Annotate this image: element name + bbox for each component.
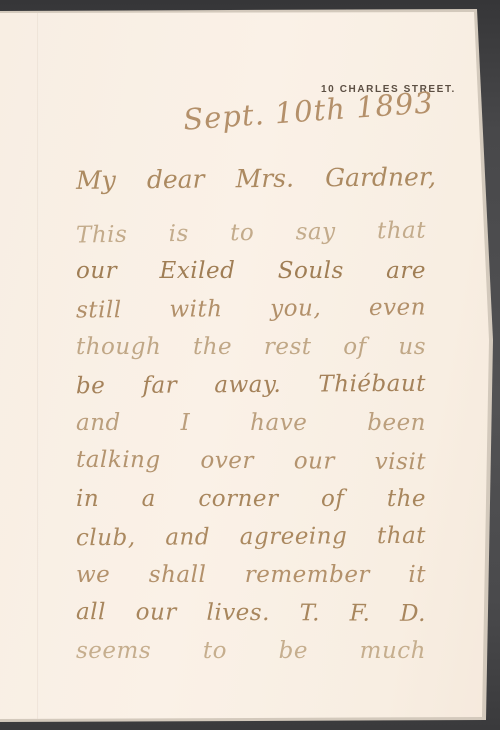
letter-body: This is to say that our Exiled Souls are… (76, 214, 426, 670)
fold-crease (37, 13, 39, 719)
handwritten-line: seems to be much (76, 632, 426, 670)
handwritten-line: in a corner of the (76, 480, 426, 518)
handwritten-line: talking over our visit (76, 441, 426, 481)
handwritten-line: and I have been (76, 404, 426, 442)
letter-date: Sept. 10th 1893 (182, 85, 435, 136)
photograph-background: 10 CHARLES STREET. Sept. 10th 1893 My de… (0, 0, 500, 730)
handwritten-line: all our lives. T. F. D. (76, 593, 426, 633)
handwritten-line: be far away. Thiébaut (76, 365, 426, 405)
handwritten-line: though the rest of us (76, 328, 426, 366)
letter-salutation: My dear Mrs. Gardner, (76, 162, 436, 195)
handwritten-line: we shall remember it (76, 556, 426, 594)
handwritten-line: still with you, even (76, 288, 426, 329)
handwritten-line: our Exiled Souls are (76, 252, 426, 290)
letter-paper: 10 CHARLES STREET. Sept. 10th 1893 My de… (0, 0, 500, 730)
handwritten-line: club, and agreeing that (76, 517, 426, 557)
handwritten-line: This is to say that (76, 212, 426, 255)
